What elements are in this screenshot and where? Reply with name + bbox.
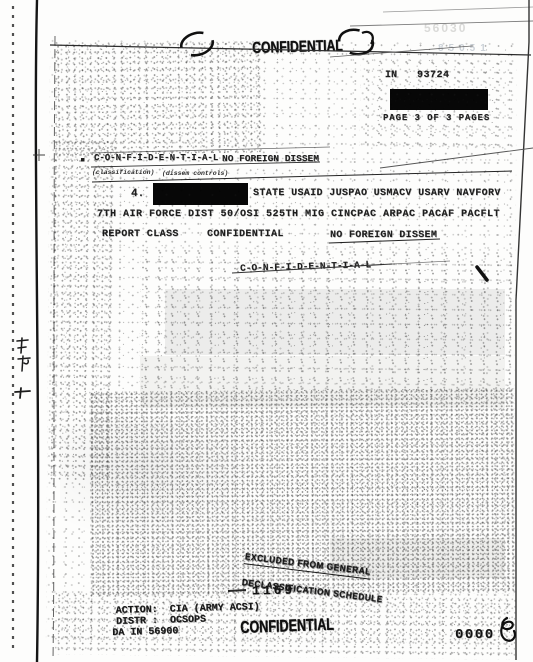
classification-dissem-text: NO FOREIGN DISSEM xyxy=(222,153,319,164)
redaction-bar-header xyxy=(390,89,488,110)
margin-scribble-3 xyxy=(15,388,30,398)
handwritten-circle-right-tail xyxy=(362,32,373,44)
noise-layer-topleft xyxy=(54,40,266,156)
margin-scribble-1 xyxy=(17,338,28,353)
handwritten-circle-left xyxy=(179,29,215,58)
handwritten-mark xyxy=(501,618,515,641)
stamp-number: 1169 xyxy=(252,583,295,599)
scanned-document-page: 56030 85051 CONFIDENTIAL IN 93724 PAGE 3… xyxy=(0,0,533,662)
bottom-confidential-stamp: CONFIDENTIAL xyxy=(240,615,334,638)
left-border-line xyxy=(36,0,38,662)
faint-number-2: 85051 xyxy=(438,43,491,54)
bleedthrough-block-2 xyxy=(140,356,505,408)
redaction-bar-body xyxy=(153,183,248,205)
bleedthrough-smudge xyxy=(60,420,260,540)
addressees-line2: 7TH AIR FORCE DIST 50/OSI 525TH MIG CINC… xyxy=(97,209,500,220)
in-number: 93724 xyxy=(417,70,450,81)
in-label: IN xyxy=(385,70,397,81)
addressees-line1: STATE USAID JUSPAO USMACV USARV NAVFORV xyxy=(253,188,501,199)
exclusion-stamp-line1: EXCLUDED FROM GENERAL xyxy=(244,550,371,579)
top-right-faint-line-1 xyxy=(383,7,533,12)
bleedthrough-block-1 xyxy=(165,289,505,355)
report-class-label: REPORT CLASS xyxy=(102,229,179,240)
margin-plus-mark xyxy=(33,149,45,161)
margin-scribble-2 xyxy=(18,356,30,371)
classification-text: C-O-N-F-I-D-E-N-T-I-A-L xyxy=(94,153,218,163)
classification-caption: (classification) xyxy=(92,169,154,176)
center-classification-strike-ext xyxy=(392,261,450,264)
dissem-controls-caption: (dissem controls) xyxy=(162,170,228,177)
bullet-speck xyxy=(81,158,85,162)
serial-number: 0000 xyxy=(455,627,495,643)
caption-rule-line xyxy=(92,171,512,182)
paragraph-number: 4. xyxy=(131,188,144,200)
page-info: PAGE 3 OF 3 PAGES xyxy=(383,113,490,123)
stray-diagonal-right xyxy=(380,148,533,168)
report-class-value: CONFIDENTIAL xyxy=(207,229,284,240)
right-border-line xyxy=(516,0,529,660)
report-dissem: NO FOREIGN DISSEM xyxy=(330,230,437,241)
faint-number-1: 56030 xyxy=(424,21,467,35)
top-confidential-stamp: CONFIDENTIAL xyxy=(252,38,343,58)
toner-mark-right xyxy=(477,267,487,280)
center-classification: C-O-N-F-I-D-E-N-T-I-A-L xyxy=(240,259,371,273)
footer-routing-block: ACTION: CIA (ARMY ACSI) DISTR : OCSOPS D… xyxy=(116,602,261,639)
left-inner-line xyxy=(53,36,55,660)
